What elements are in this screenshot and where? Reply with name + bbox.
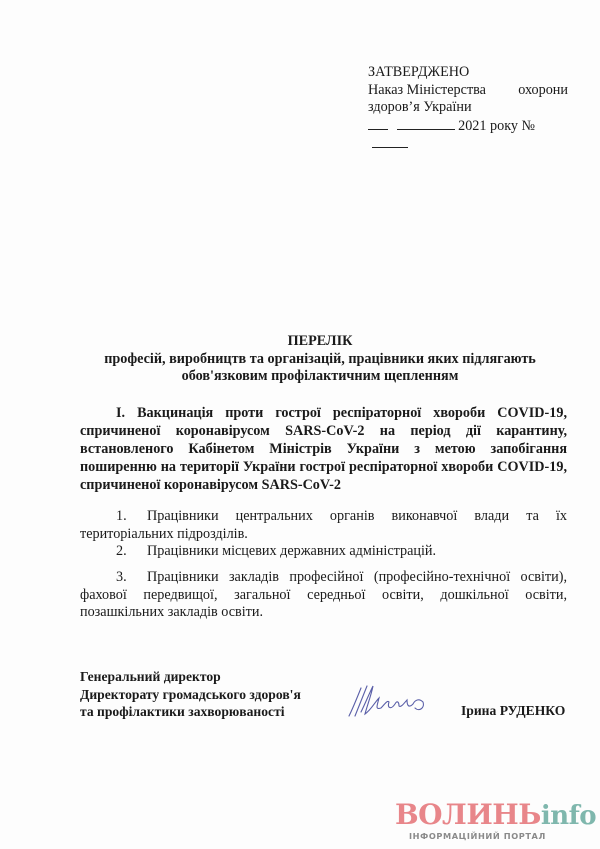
list-item-text: Працівники центральних органів виконавчо… bbox=[80, 508, 567, 542]
approval-order-left: Наказ Міністерства bbox=[368, 82, 486, 100]
list-item: 1.Працівники центральних органів виконав… bbox=[80, 508, 567, 543]
volyn-info-watermark: ВОЛИНЬinfo ІНФОРМАЦІЙНИЙ ПОРТАЛ bbox=[395, 801, 595, 841]
month-blank bbox=[397, 117, 455, 130]
approval-stamp: ЗАТВЕРДЖЕНО Наказ Міністерства охорони з… bbox=[368, 64, 568, 154]
signatory-position: Генеральний директор Директорату громадс… bbox=[80, 668, 340, 721]
watermark-logo: ВОЛИНЬinfo bbox=[395, 801, 595, 830]
day-blank bbox=[368, 117, 388, 130]
signer-name: Ірина РУДЕНКО bbox=[461, 702, 565, 720]
year-label: 2021 року № bbox=[458, 118, 535, 134]
list-item: 3.Працівники закладів професійної (профе… bbox=[80, 569, 567, 622]
handwritten-signature-icon bbox=[345, 680, 435, 720]
title-subtitle-2: обов'язковим профілактичним щепленням bbox=[60, 368, 580, 386]
list-item-number: 2. bbox=[116, 543, 147, 561]
list-item-text: Працівники місцевих державних адміністра… bbox=[147, 543, 436, 559]
title-subtitle-1: професій, виробництв та організацій, пра… bbox=[60, 351, 580, 369]
signatory-line-2: Директорату громадського здоров'я bbox=[80, 686, 340, 704]
approval-title: ЗАТВЕРДЖЕНО bbox=[368, 64, 568, 82]
number-blank bbox=[372, 135, 408, 148]
watermark-brand-main: ВОЛИНЬ bbox=[395, 798, 541, 831]
approval-order-line: Наказ Міністерства охорони bbox=[368, 82, 568, 100]
list-item: 2.Працівники місцевих державних адмініст… bbox=[80, 543, 567, 561]
signatory-line-3: та профілактики захворюваності bbox=[80, 703, 340, 721]
document-title: ПЕРЕЛІК професій, виробництв та організа… bbox=[60, 333, 580, 386]
section-heading: І. Вакцинація проти гострої респіраторно… bbox=[80, 404, 567, 494]
title-heading: ПЕРЕЛІК bbox=[60, 333, 580, 351]
list-item-number: 1. bbox=[116, 508, 147, 526]
approval-ministry: здоров’я України bbox=[368, 99, 568, 117]
approval-order-right: охорони bbox=[518, 82, 568, 100]
document-page: ЗАТВЕРДЖЕНО Наказ Міністерства охорони з… bbox=[0, 0, 600, 849]
list-item-number: 3. bbox=[116, 569, 147, 587]
list-item-text: Працівники закладів професійної (професі… bbox=[80, 569, 567, 620]
watermark-brand-suffix: info bbox=[541, 801, 596, 831]
signatory-line-1: Генеральний директор bbox=[80, 668, 340, 686]
approval-date-line: 2021 року № bbox=[368, 117, 568, 154]
watermark-tagline: ІНФОРМАЦІЙНИЙ ПОРТАЛ bbox=[409, 831, 595, 841]
